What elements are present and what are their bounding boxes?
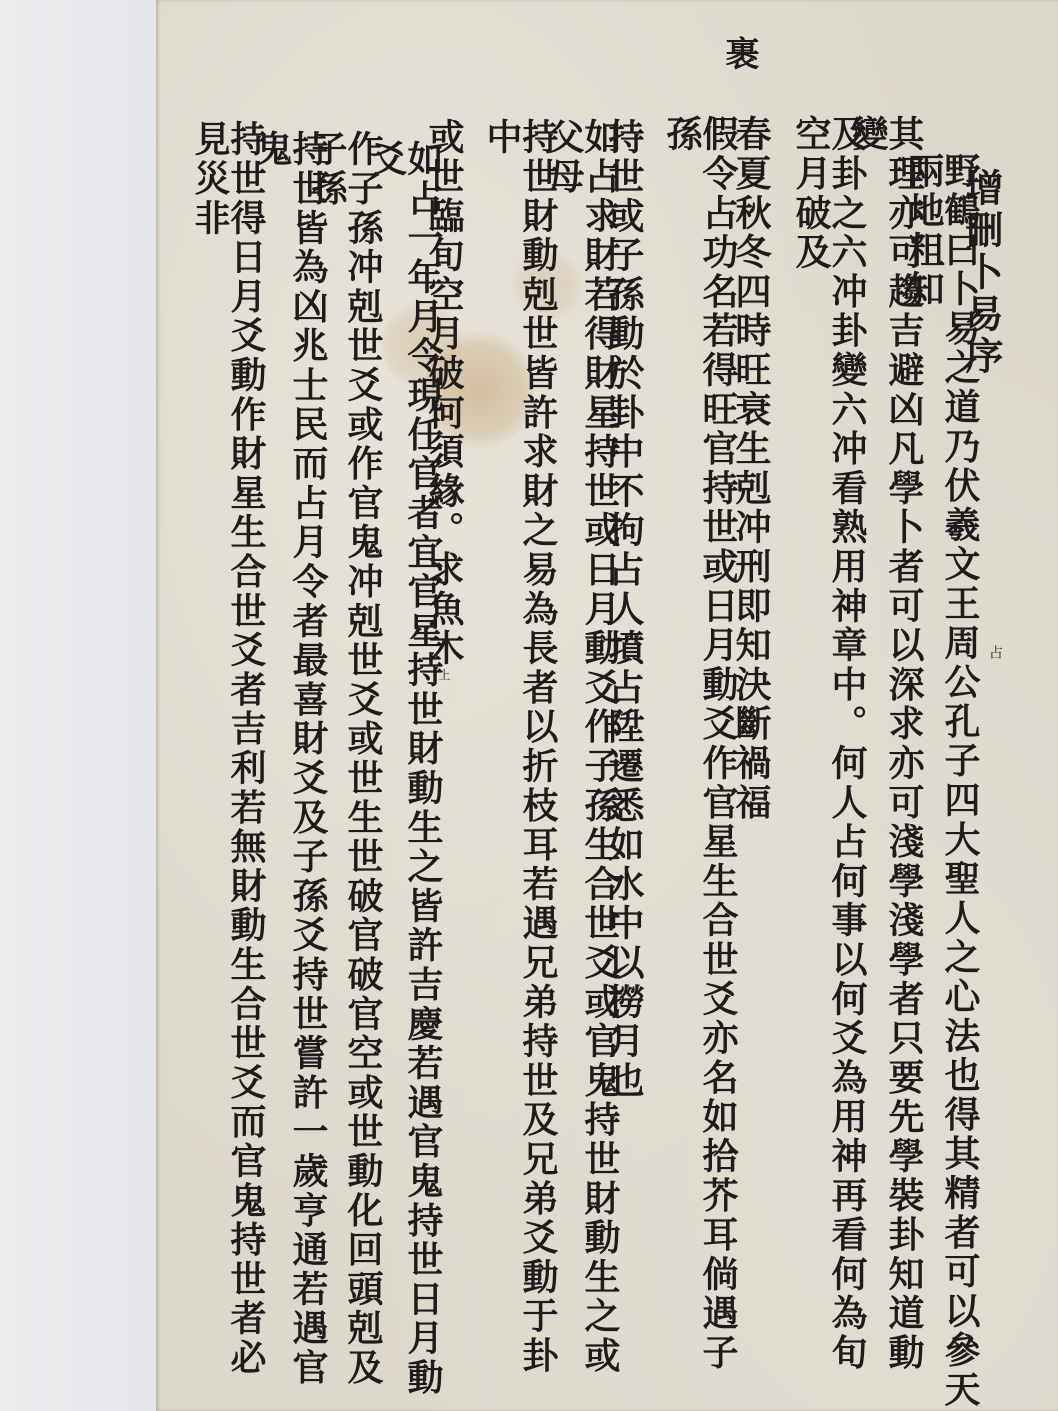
text-column-8: 持世財動剋世皆許求財之易為長者以折枝耳若遇兄弟持世及兄弟爻動于卦中 — [484, 118, 556, 1411]
background-surface — [0, 0, 156, 1411]
text-column-3: 及卦之六冲卦變六冲看熟用神章中。何人占何事以何爻為用神再看何為旬空月破及 — [793, 115, 865, 1411]
margin-note: 占 — [988, 645, 1002, 662]
text-column-13: 持世得日月爻動作財星生合世爻者吉利若無財動生合世爻而官鬼持世者必見災非 — [192, 120, 264, 1411]
text-column-5: 假令占功名若得旺官持世或日月動爻作官星生合世爻亦名如拾芥耳倘遇子孫 — [664, 115, 736, 1411]
header-mark: 裹 — [722, 36, 756, 73]
